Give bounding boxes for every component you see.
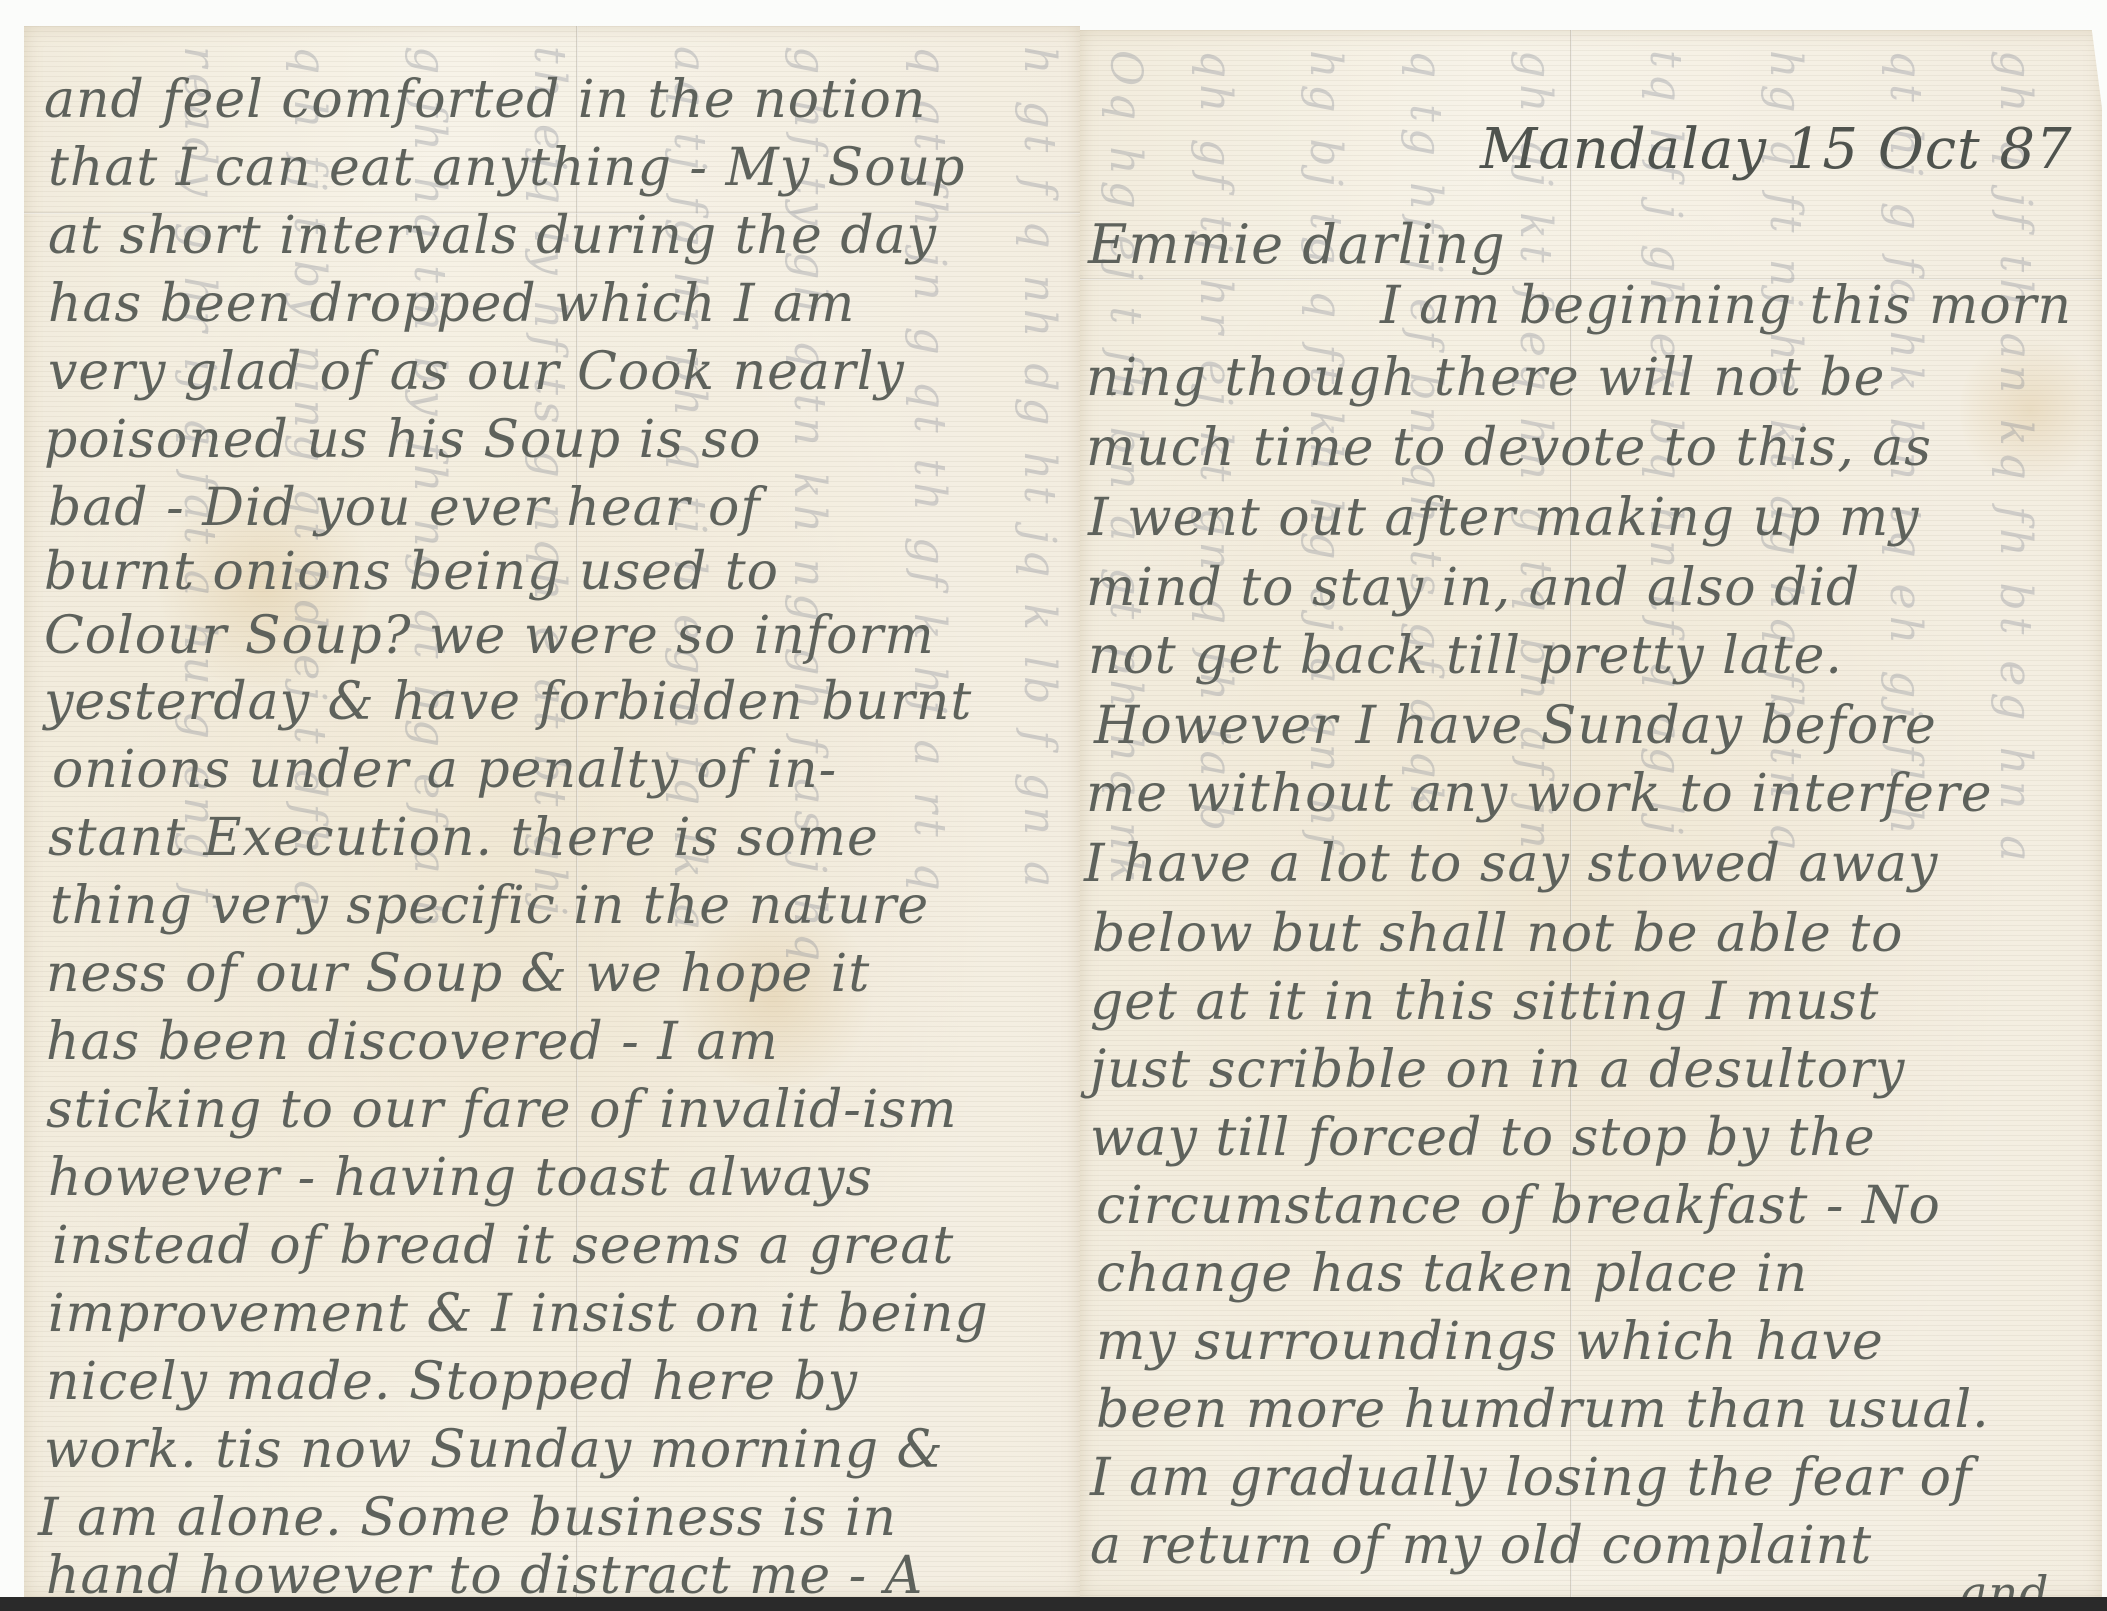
text-line: however - having toast always bbox=[48, 1152, 873, 1204]
text-line: been more humdrum than usual. bbox=[1096, 1384, 1990, 1436]
text-line: not get back till pretty late. bbox=[1088, 630, 1843, 682]
text-line: change has taken place in bbox=[1096, 1248, 1808, 1300]
text-line: below but shall not be able to bbox=[1092, 908, 1903, 960]
text-line: has been discovered - I am bbox=[46, 1016, 779, 1068]
text-line: a return of my old complaint bbox=[1090, 1520, 1872, 1572]
text-line: way till forced to stop by the bbox=[1090, 1112, 1876, 1164]
text-line: me without any work to interfere bbox=[1086, 768, 1993, 820]
text-line: work. tis now Sunday morning & bbox=[44, 1424, 944, 1476]
text-line: thing very specific in the nature bbox=[50, 880, 929, 932]
text-line: I have a lot to say stowed away bbox=[1084, 838, 1938, 890]
text-line: and feel comforted in the notion bbox=[44, 74, 926, 126]
text-line: instead of bread it seems a great bbox=[52, 1220, 954, 1272]
text-line: hand however to distract me - A bbox=[46, 1550, 923, 1602]
text-line: Colour Soup? we were so inform bbox=[44, 610, 935, 662]
text-line: bad - Did you ever hear of bbox=[48, 482, 761, 534]
text-line: that I can eat anything - My Soup bbox=[48, 142, 965, 194]
text-line: circumstance of breakfast - No bbox=[1096, 1180, 1941, 1232]
scanner-edge bbox=[0, 1597, 2107, 1611]
text-line: much time to devote to this, as bbox=[1086, 422, 1932, 474]
text-line: ning though there will not be bbox=[1086, 352, 1885, 404]
text-line: just scribble on in a desultory bbox=[1090, 1044, 1905, 1096]
letter-dateline: Mandalay 15 Oct 87 bbox=[1480, 122, 2073, 178]
letter-page-left: ready g hr ij q fat a hu g eng f q h fj … bbox=[24, 26, 1080, 1598]
text-line: onions under a penalty of in- bbox=[52, 744, 837, 796]
right-page-text: Mandalay 15 Oct 87 Emmie darling I am be… bbox=[1080, 30, 2102, 1598]
text-line: I am alone. Some business is in bbox=[38, 1492, 897, 1544]
text-line: get at it in this sitting I must bbox=[1090, 976, 1879, 1028]
text-line: I went out after making up my bbox=[1088, 492, 1920, 544]
scanned-letter: ready g hr ij q fat a hu g eng f q h fj … bbox=[0, 0, 2107, 1611]
text-line: burnt onions being used to bbox=[44, 546, 779, 598]
text-line: my surroundings which have bbox=[1096, 1316, 1884, 1368]
text-line: sticking to our fare of invalid-ism bbox=[46, 1084, 957, 1136]
text-line: However I have Sunday before bbox=[1094, 700, 1937, 752]
letter-page-right: Oq hg ej t fh bn a gt ph hq nk qh gf tj … bbox=[1080, 30, 2102, 1598]
text-line: mind to stay in, and also did bbox=[1086, 562, 1860, 614]
text-line: improvement & I insist on it being bbox=[48, 1288, 989, 1340]
text-line: yesterday & have forbidden burnt bbox=[44, 676, 972, 728]
letter-salutation: Emmie darling bbox=[1088, 218, 1506, 272]
text-line: ness of our Soup & we hope it bbox=[46, 948, 870, 1000]
left-page-text: and feel comforted in the notion that I … bbox=[24, 26, 1080, 1598]
text-line: nicely made. Stopped here by bbox=[46, 1356, 858, 1408]
text-line: has been dropped which I am bbox=[48, 278, 855, 330]
text-line: stant Execution. there is some bbox=[48, 812, 879, 864]
text-line: I am beginning this morn bbox=[1380, 280, 2072, 332]
text-line: I am gradually losing the fear of bbox=[1090, 1452, 1972, 1504]
text-line: very glad of as our Cook nearly bbox=[48, 346, 905, 398]
text-line: at short intervals during the day bbox=[48, 210, 937, 262]
text-line: poisoned us his Soup is so bbox=[44, 414, 761, 466]
